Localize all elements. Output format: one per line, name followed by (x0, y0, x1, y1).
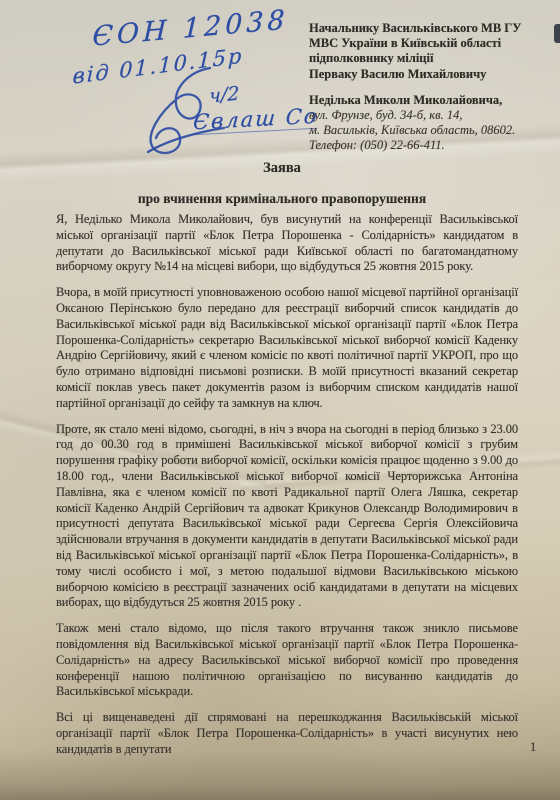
paragraph-3: Проте, як стало мені відомо, сьогодні, в… (56, 422, 518, 612)
handwritten-fraction: ч/2 (209, 82, 239, 107)
handwritten-officer-name: Євлаш Со (192, 104, 319, 136)
applicant-address-line: вул. Фрунзе, буд. 34-б, кв. 14, (309, 108, 549, 123)
applicant-address-line: м. Васильків, Київська область, 08602. (309, 123, 549, 138)
paragraph-5: Всі ці вищенаведені дії спрямовані на пе… (56, 710, 518, 757)
paragraph-1: Я, Неділько Микола Миколайович, був вису… (56, 212, 518, 275)
paragraph-4: Також мені стало відомо, що після такого… (56, 621, 518, 700)
recipient-line: МВС України в Київській області (309, 36, 549, 51)
photo-edge-mark (554, 24, 560, 43)
recipient-block: Начальнику Васильківського МВ ГУ МВС Укр… (309, 21, 549, 154)
recipient-line: підполковнику міліції (309, 51, 549, 66)
address-gap (309, 82, 549, 93)
recipient-line: Начальнику Васильківського МВ ГУ (309, 21, 549, 36)
page-number: 1 (530, 740, 536, 755)
document-subtitle: про вчинення кримінального правопорушенн… (56, 191, 508, 207)
handwritten-registration-number: ЄОН 12038 (92, 4, 289, 52)
document-body: Я, Неділько Микола Миколайович, був вису… (56, 212, 518, 768)
paragraph-2: Вчора, в моїй присутності уповноваженою … (56, 285, 518, 411)
document-photo: ЄОН 12038 від 01.10.15р ч/2 Євлаш Со Нач… (0, 0, 560, 800)
applicant-name: Неділька Миколи Миколайовича, (309, 93, 549, 108)
recipient-line: Перваку Василю Михайловичу (309, 67, 549, 82)
applicant-address-line: Телефон: (050) 22-66-411. (309, 138, 549, 153)
document-title: Заява (56, 160, 508, 177)
